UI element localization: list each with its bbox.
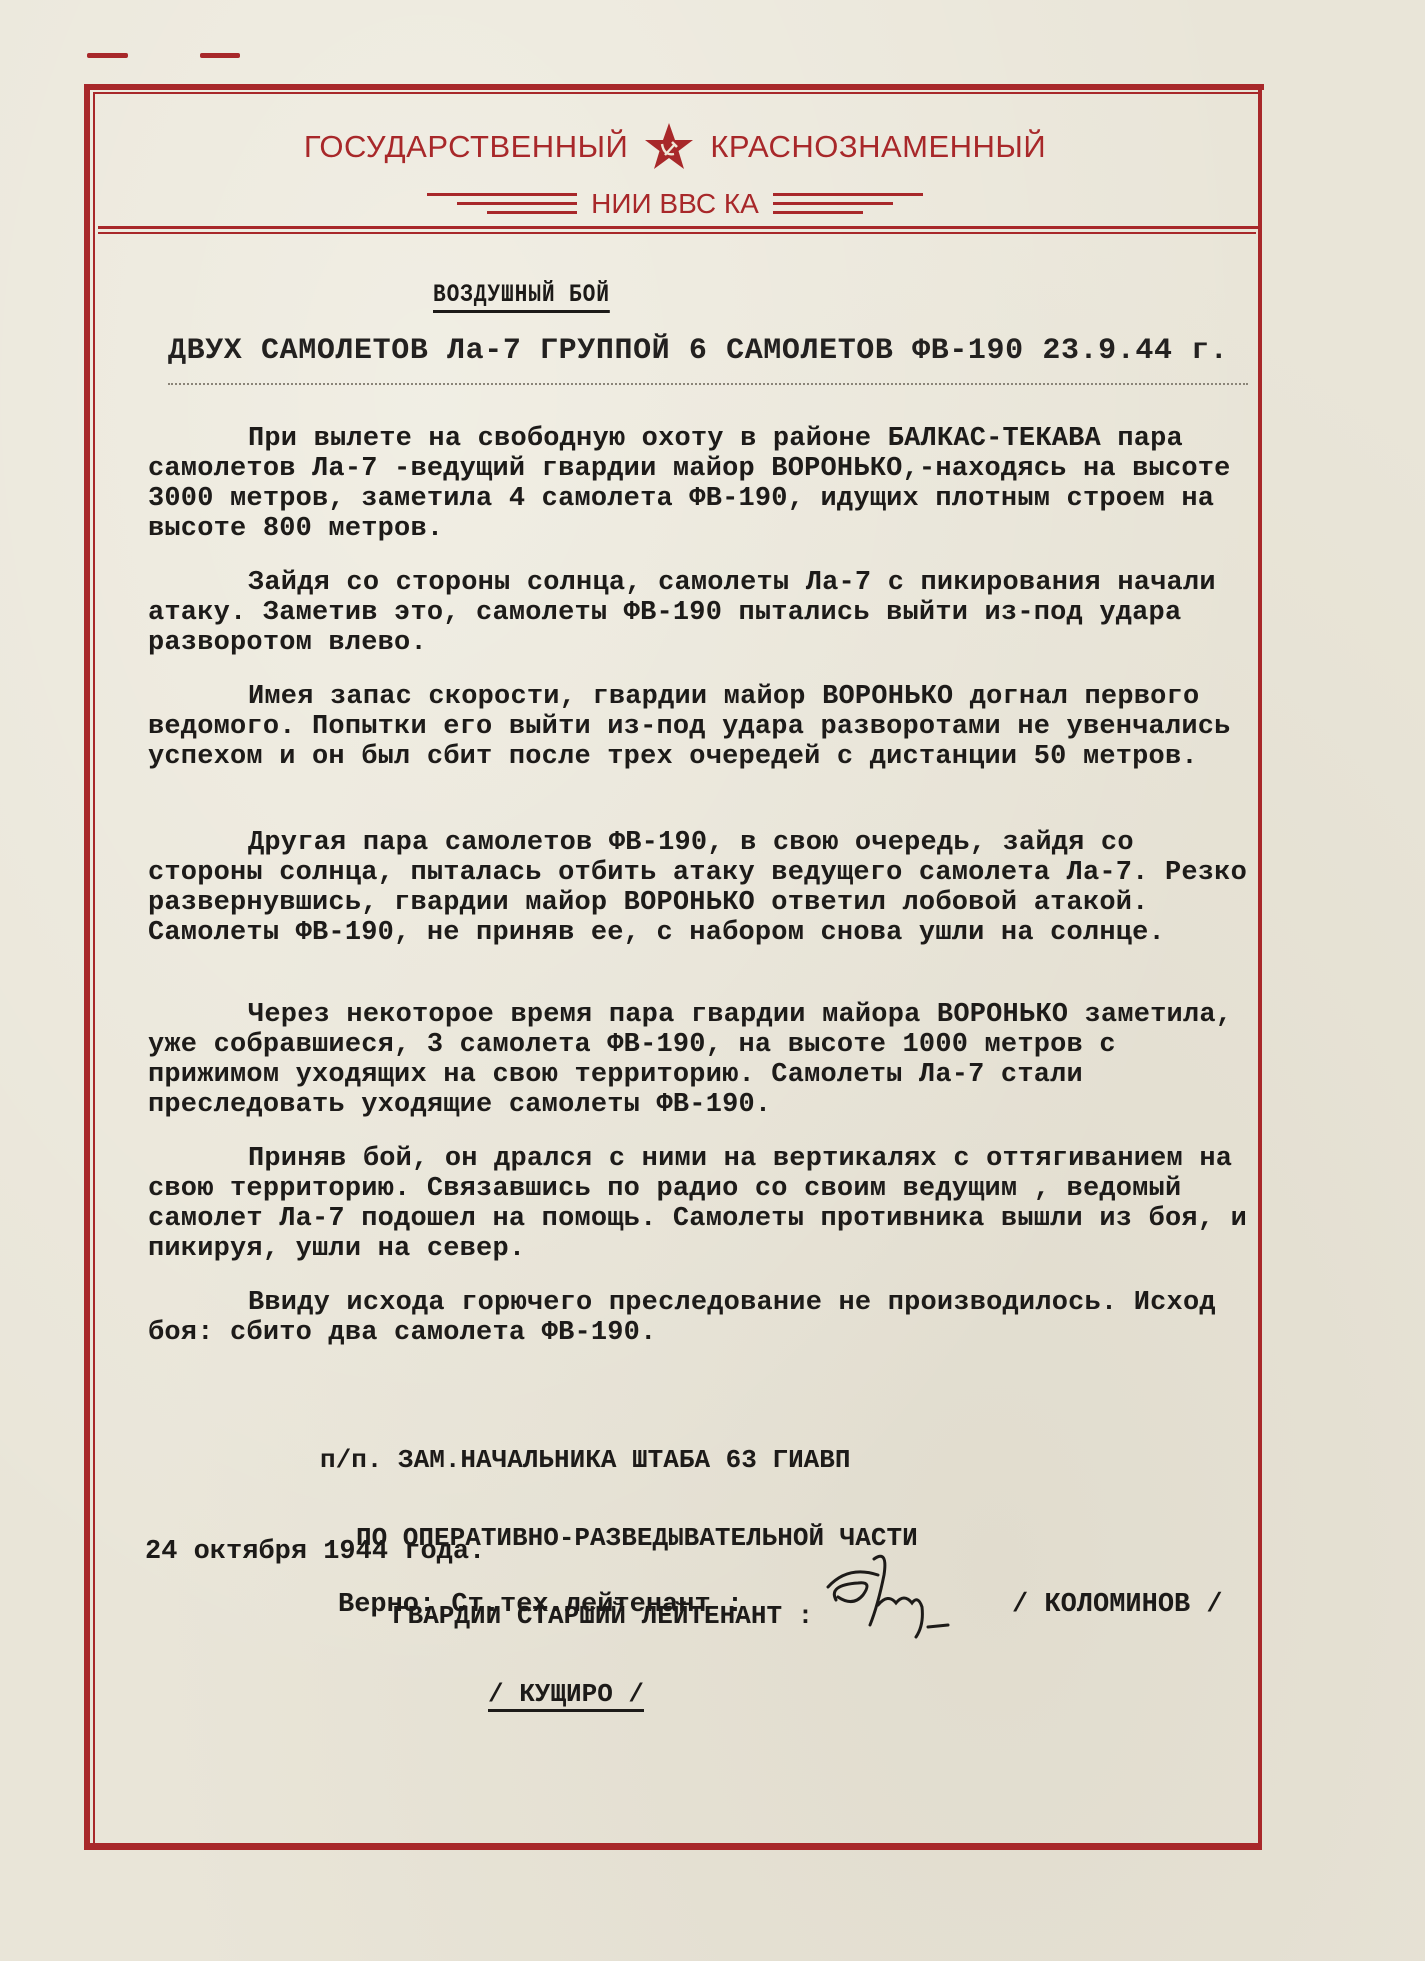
signatory-name: / КУЩИРО / [488, 1679, 644, 1712]
signature-line-1: п/п. ЗАМ.НАЧАЛЬНИКА ШТАБА 63 ГИАВП [320, 1447, 918, 1473]
margin-dash-left [87, 53, 128, 58]
paragraph-7: Ввиду исхода горючего преследование не п… [148, 1288, 1258, 1348]
handwritten-signature-icon [818, 1545, 998, 1640]
paragraph-5: Через некоторое время пара гвардии майор… [148, 1000, 1258, 1120]
frame-border-left [84, 84, 90, 1850]
paragraph-2: Зайдя со стороны солнца, самолеты Ла-7 с… [148, 568, 1258, 658]
certification-label: Верно: Ст.тех.лейтенант : [338, 1590, 743, 1620]
document-date: 24 октября 1944 года. [145, 1537, 485, 1567]
frame-border-left-inner [93, 92, 95, 1848]
paragraph-1: При вылете на свободную охоту в районе Б… [148, 424, 1258, 544]
paragraph-3: Имея запас скорости, гвардии майор ВОРОН… [148, 682, 1258, 772]
certifier-name: / КОЛОМИНОВ / [1012, 1590, 1223, 1620]
paragraph-4: Другая пара самолетов ФВ-190, в свою оче… [148, 828, 1258, 948]
frame-border-right [1258, 88, 1262, 1850]
paragraph-6: Приняв бой, он дрался с ними на вертикал… [148, 1144, 1258, 1264]
